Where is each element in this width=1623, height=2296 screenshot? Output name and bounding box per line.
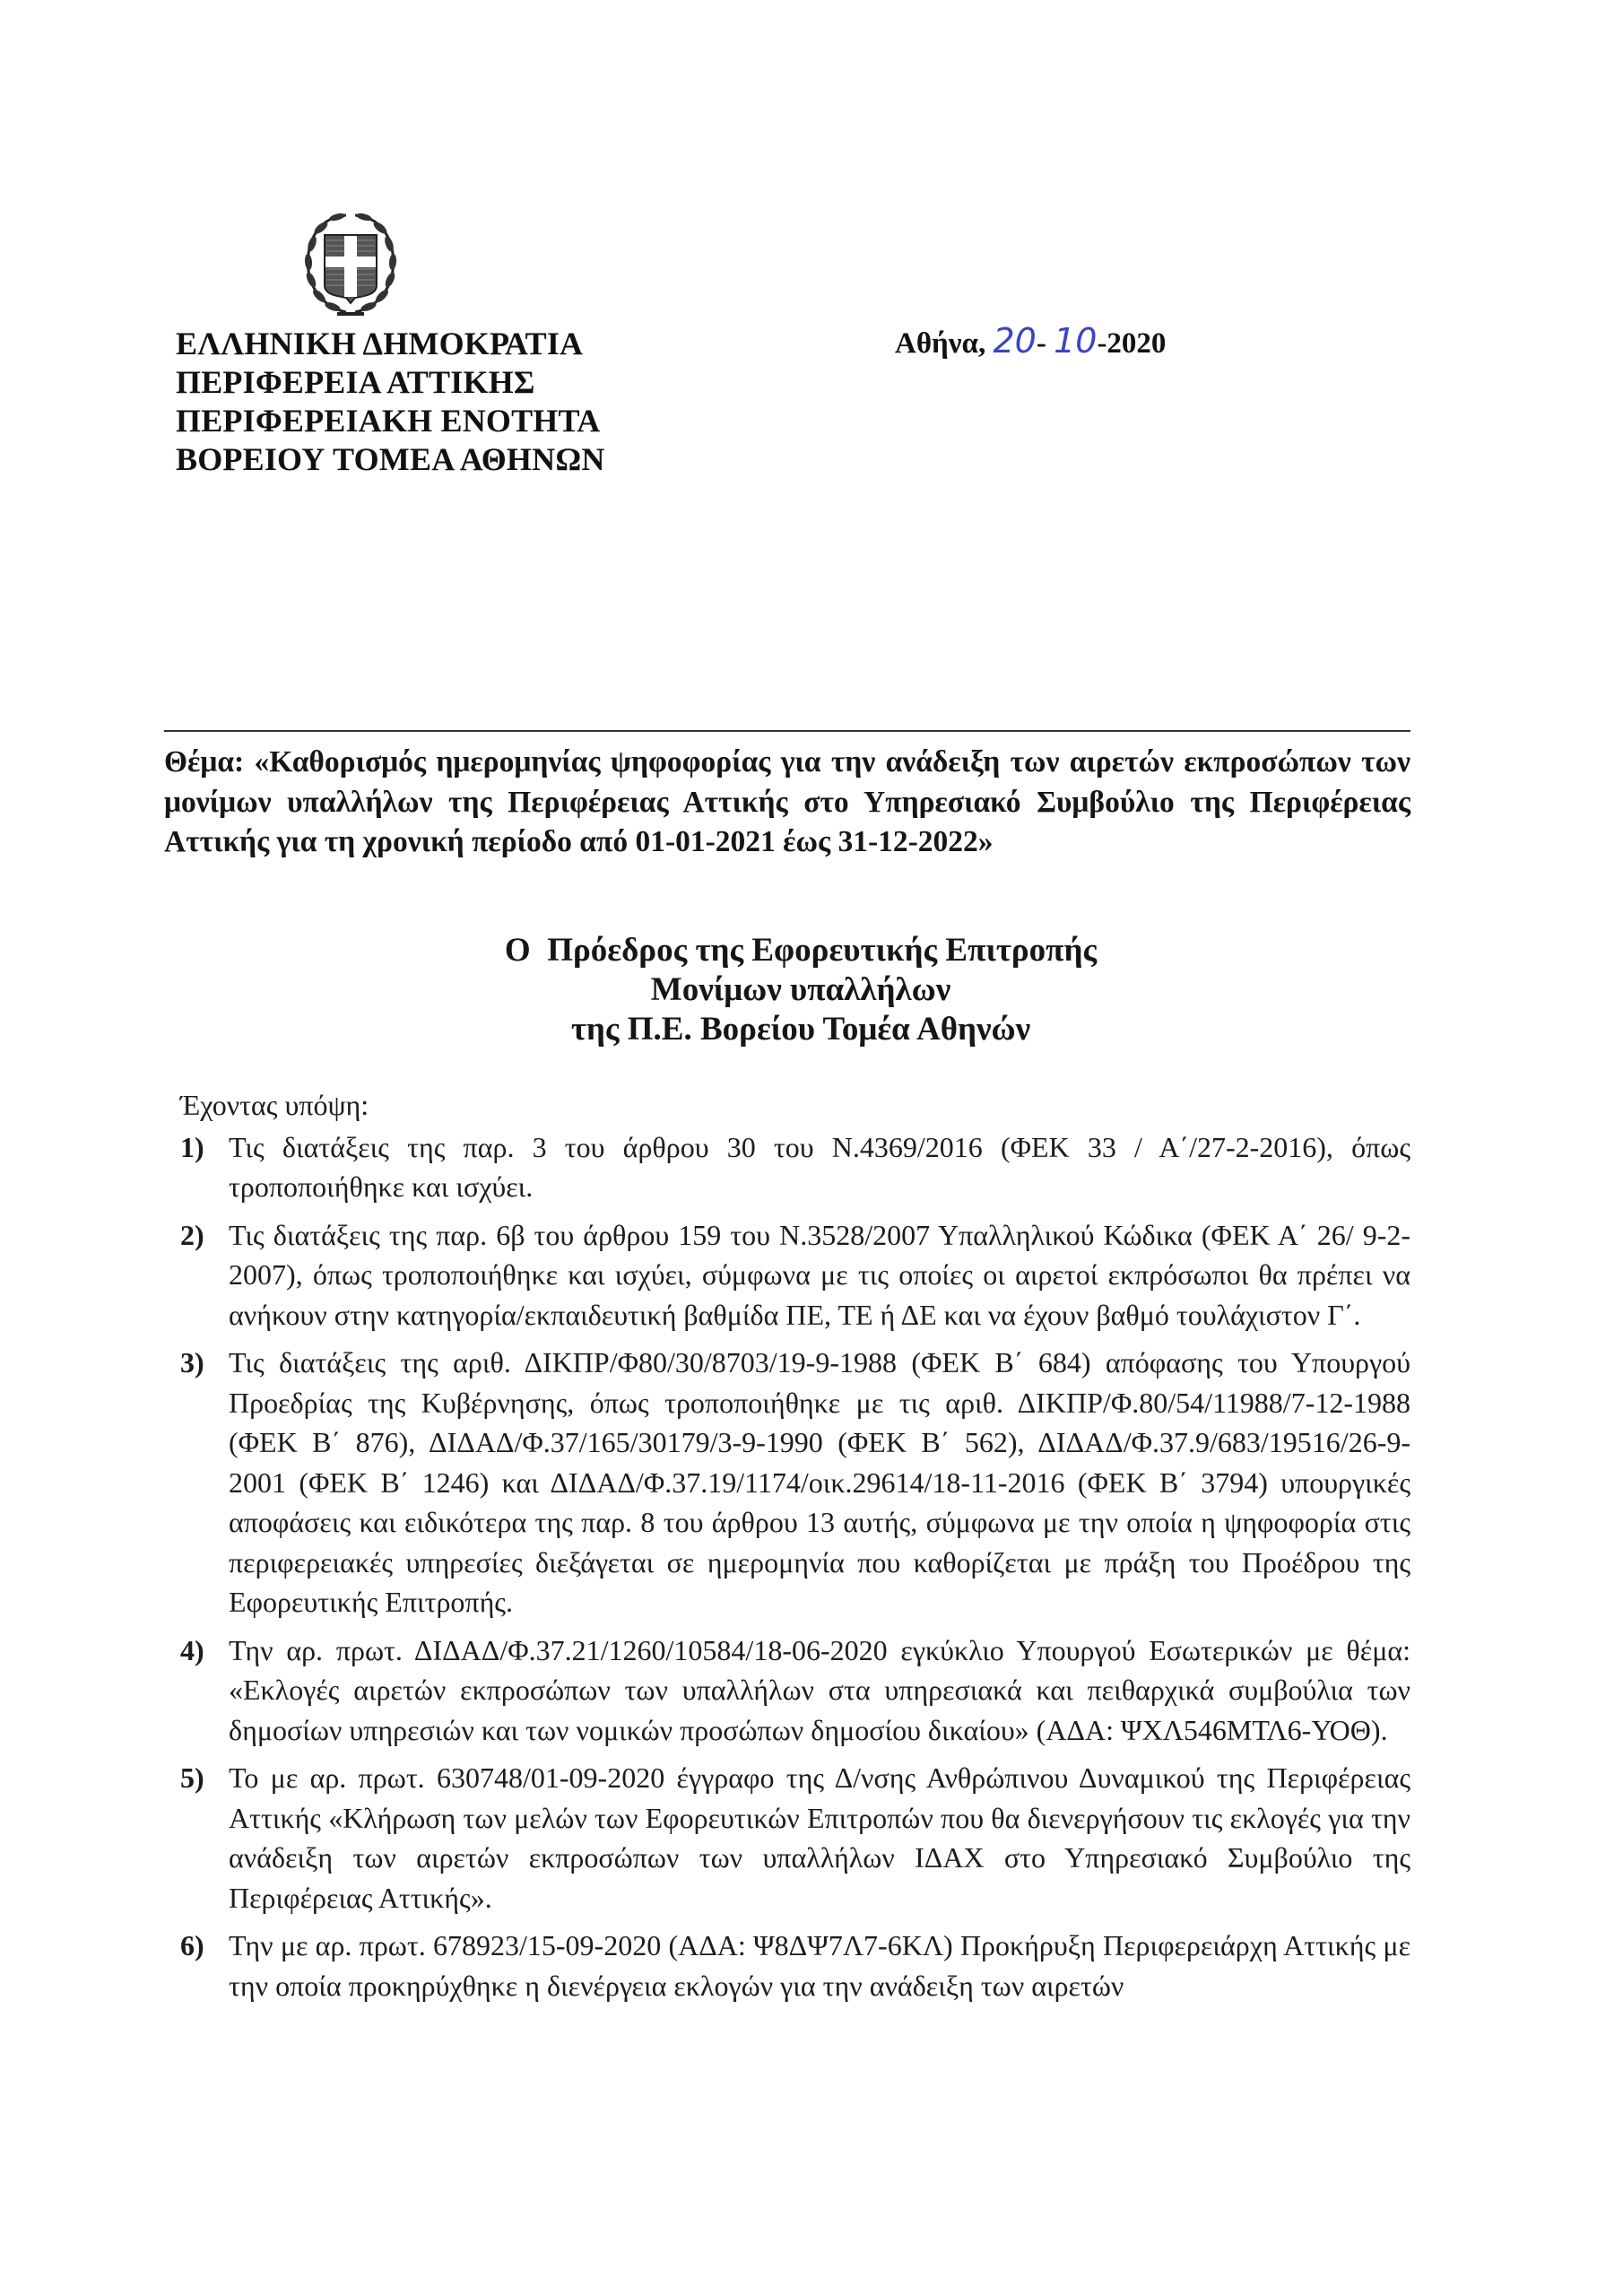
subject-text: «Καθορισμός ημερομηνίας ψηφοφορίας για τ…	[164, 745, 1410, 858]
list-item-text: Τις διατάξεις της αριθ. ΔΙΚΠΡ/Φ80/30/870…	[229, 1346, 1410, 1618]
issuing-authority-block: ΕΛΛΗΝΙΚΗ ΔΗΜΟΚΡΑΤΙΑ ΠΕΡΙΦΕΡΕΙΑ ΑΤΤΙΚΗΣ Π…	[176, 325, 605, 479]
list-item-number: 5)	[180, 1758, 204, 1798]
date-day-handwritten: 20	[993, 321, 1036, 361]
list-item-text: Την με αρ. πρωτ. 678923/15-09-2020 (ΑΔΑ:…	[229, 1929, 1410, 2002]
list-item: 1)Τις διατάξεις της παρ. 3 του άρθρου 30…	[180, 1127, 1410, 1207]
list-item: 3)Τις διατάξεις της αριθ. ΔΙΚΠΡ/Φ80/30/8…	[180, 1343, 1410, 1622]
list-item: 4)Την αρ. πρωτ. ΔΙΔΑΔ/Φ.37.21/1260/10584…	[180, 1631, 1410, 1751]
list-item-text: Την αρ. πρωτ. ΔΙΔΑΔ/Φ.37.21/1260/10584/1…	[229, 1634, 1410, 1746]
greek-coat-of-arms-icon	[301, 208, 400, 321]
list-item-number: 3)	[180, 1343, 204, 1383]
date-place: Αθήνα,	[895, 327, 985, 360]
list-item-text: Τις διατάξεις της παρ. 3 του άρθρου 30 τ…	[229, 1131, 1410, 1204]
org-line-country: ΕΛΛΗΝΙΚΗ ΔΗΜΟΚΡΑΤΙΑ	[176, 325, 605, 363]
list-item-text: Τις διατάξεις της παρ. 6β του άρθρου 159…	[229, 1219, 1410, 1331]
list-item: 5)Το με αρ. πρωτ. 630748/01-09-2020 έγγρ…	[180, 1758, 1410, 1918]
considerations-list: 1)Τις διατάξεις της παρ. 3 του άρθρου 30…	[180, 1127, 1410, 2006]
document-body: Έχοντας υπόψη: 1)Τις διατάξεις της παρ. …	[180, 1085, 1410, 2013]
list-item: 6)Την με αρ. πρωτ. 678923/15-09-2020 (ΑΔ…	[180, 1926, 1410, 2005]
issuer-heading: Ο Πρόεδρος της Εφορευτικής Επιτροπής Μον…	[164, 931, 1437, 1049]
list-item-text: Το με αρ. πρωτ. 630748/01-09-2020 έγγραφ…	[229, 1761, 1410, 1914]
document-date: Αθήνα, 20- 10-2020	[895, 321, 1166, 361]
list-item: 2)Τις διατάξεις της παρ. 6β του άρθρου 1…	[180, 1215, 1410, 1335]
date-year: -2020	[1097, 327, 1166, 360]
org-line-regional-unit: ΠΕΡΙΦΕΡΕΙΑΚΗ ΕΝΟΤΗΤΑ	[176, 402, 605, 440]
list-item-number: 2)	[180, 1215, 204, 1256]
list-item-number: 4)	[180, 1631, 204, 1671]
heading-line: της Π.Ε. Βορείου Τομέα Αθηνών	[164, 1010, 1437, 1049]
heading-line: Ο Πρόεδρος της Εφορευτικής Επιτροπής	[164, 931, 1437, 970]
org-line-region: ΠΕΡΙΦΕΡΕΙΑ ΑΤΤΙΚΗΣ	[176, 363, 605, 402]
subject-divider	[164, 730, 1410, 732]
date-separator: -	[1037, 327, 1046, 360]
org-line-sector: ΒΟΡΕΙΟΥ ΤΟΜΕΑ ΑΘΗΝΩΝ	[176, 440, 605, 479]
subject-label: Θέμα:	[164, 745, 244, 778]
date-month-handwritten: 10	[1054, 321, 1097, 361]
heading-line: Μονίμων υπαλλήλων	[164, 970, 1437, 1010]
list-item-number: 6)	[180, 1926, 204, 1966]
considerations-intro: Έχοντας υπόψη:	[180, 1085, 1410, 1126]
list-item-number: 1)	[180, 1127, 204, 1168]
subject-block: Θέμα: «Καθορισμός ημερομηνίας ψηφοφορίας…	[164, 743, 1410, 863]
